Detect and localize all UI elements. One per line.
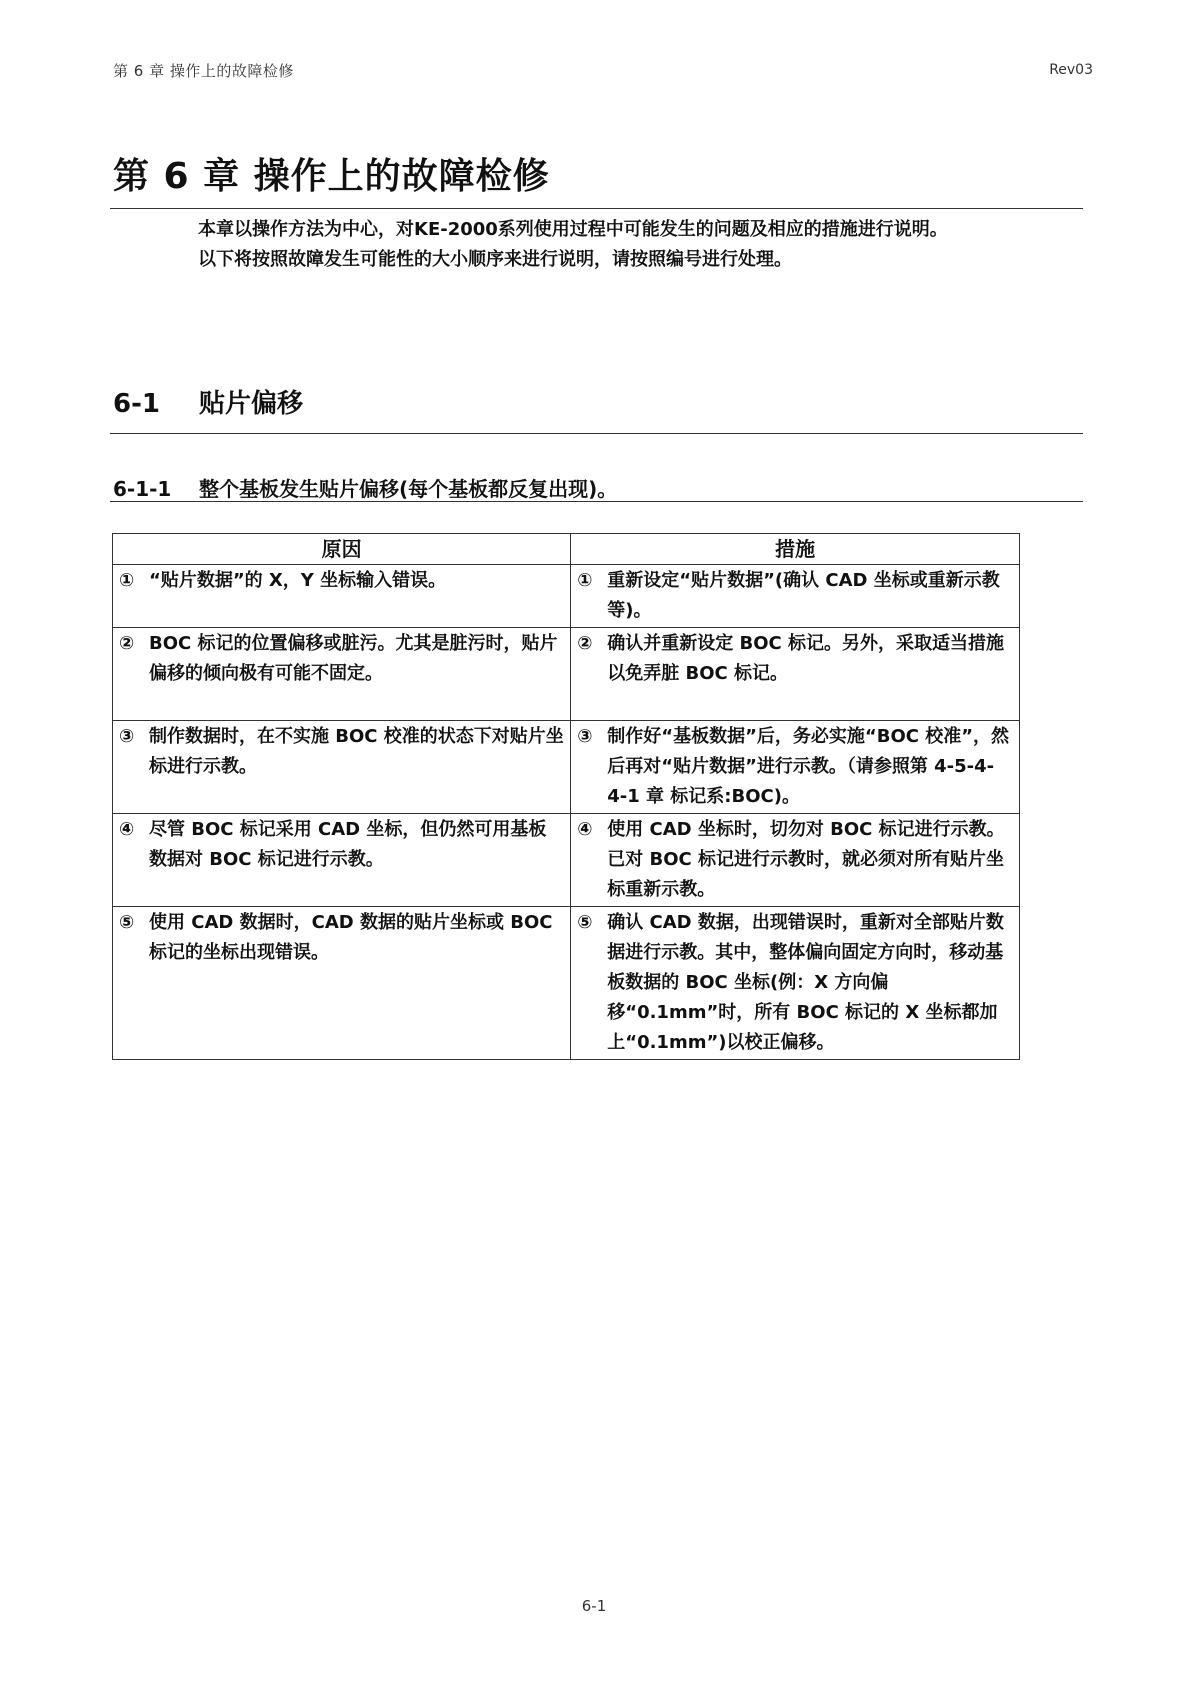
subsection-heading: 6-1-1整个基板发生贴片偏移(每个基板都反复出现)。 xyxy=(113,473,617,502)
subsection-number: 6-1-1 xyxy=(113,477,199,501)
chapter-divider xyxy=(110,208,1083,209)
header-cause: 原因 xyxy=(113,534,571,565)
action-cell: ②确认并重新设定 BOC 标记。另外，采取适当措施以免弄脏 BOC 标记。 xyxy=(571,628,1020,721)
action-cell: ⑤确认 CAD 数据，出现错误时，重新对全部贴片数据进行示教。其中，整体偏向固定… xyxy=(571,907,1020,1060)
chapter-title: 第 6 章 操作上的故障检修 xyxy=(113,148,550,199)
table-row: ②BOC 标记的位置偏移或脏污。尤其是脏污时，贴片偏移的倾向极有可能不固定。 ②… xyxy=(113,628,1020,721)
item-number: ③ xyxy=(119,722,149,782)
table-row: ③制作数据时，在不实施 BOC 校准的状态下对贴片坐标进行示教。 ③制作好“基板… xyxy=(113,721,1020,814)
header-action: 措施 xyxy=(571,534,1020,565)
cause-text: “贴片数据”的 X，Y 坐标输入错误。 xyxy=(149,566,564,596)
table-row: ①“贴片数据”的 X，Y 坐标输入错误。 ①重新设定“贴片数据”(确认 CAD … xyxy=(113,565,1020,628)
table-header-row: 原因 措施 xyxy=(113,534,1020,565)
cause-cell: ④尽管 BOC 标记采用 CAD 坐标，但仍然可用基板数据对 BOC 标记进行示… xyxy=(113,814,571,907)
subsection-divider xyxy=(110,501,1083,502)
section-divider xyxy=(110,433,1083,434)
action-cell: ④使用 CAD 坐标时，切勿对 BOC 标记进行示教。已对 BOC 标记进行示教… xyxy=(571,814,1020,907)
item-number: ④ xyxy=(119,815,149,875)
table-row: ⑤使用 CAD 数据时，CAD 数据的贴片坐标或 BOC 标记的坐标出现错误。 … xyxy=(113,907,1020,1060)
item-number: ③ xyxy=(577,722,607,812)
action-text: 确认并重新设定 BOC 标记。另外，采取适当措施以免弄脏 BOC 标记。 xyxy=(607,629,1013,689)
item-number: ① xyxy=(577,566,607,626)
action-text: 确认 CAD 数据，出现错误时，重新对全部贴片数据进行示教。其中，整体偏向固定方… xyxy=(607,908,1013,1058)
section-number: 6-1 xyxy=(113,389,199,419)
cause-text: BOC 标记的位置偏移或脏污。尤其是脏污时，贴片偏移的倾向极有可能不固定。 xyxy=(149,629,564,689)
cause-text: 使用 CAD 数据时，CAD 数据的贴片坐标或 BOC 标记的坐标出现错误。 xyxy=(149,908,564,968)
cause-action-table: 原因 措施 ①“贴片数据”的 X，Y 坐标输入错误。 ①重新设定“贴片数据”(确… xyxy=(112,533,1020,1060)
item-number: ② xyxy=(577,629,607,689)
table-row: ④尽管 BOC 标记采用 CAD 坐标，但仍然可用基板数据对 BOC 标记进行示… xyxy=(113,814,1020,907)
action-text: 重新设定“贴片数据”(确认 CAD 坐标或重新示教等)。 xyxy=(607,566,1013,626)
item-number: ② xyxy=(119,629,149,689)
item-number: ⑤ xyxy=(119,908,149,968)
action-text: 使用 CAD 坐标时，切勿对 BOC 标记进行示教。已对 BOC 标记进行示教时… xyxy=(607,815,1013,905)
intro-line: 本章以操作方法为中心，对KE-2000系列使用过程中可能发生的问题及相应的措施进… xyxy=(198,215,948,245)
chapter-intro: 本章以操作方法为中心，对KE-2000系列使用过程中可能发生的问题及相应的措施进… xyxy=(198,215,948,275)
cause-text: 制作数据时，在不实施 BOC 校准的状态下对贴片坐标进行示教。 xyxy=(149,722,564,782)
running-header-chapter: 第 6 章 操作上的故障检修 xyxy=(113,60,294,81)
action-text: 制作好“基板数据”后，务必实施“BOC 校准”，然后再对“贴片数据”进行示教。（… xyxy=(607,722,1013,812)
cause-cell: ⑤使用 CAD 数据时，CAD 数据的贴片坐标或 BOC 标记的坐标出现错误。 xyxy=(113,907,571,1060)
intro-line: 以下将按照故障发生可能性的大小顺序来进行说明，请按照编号进行处理。 xyxy=(198,245,948,275)
running-header-revision: Rev03 xyxy=(1049,62,1093,78)
action-cell: ①重新设定“贴片数据”(确认 CAD 坐标或重新示教等)。 xyxy=(571,565,1020,628)
section-heading: 6-1贴片偏移 xyxy=(113,383,303,420)
item-number: ④ xyxy=(577,815,607,905)
item-number: ① xyxy=(119,566,149,596)
subsection-title: 整个基板发生贴片偏移(每个基板都反复出现)。 xyxy=(199,477,617,501)
item-number: ⑤ xyxy=(577,908,607,1058)
cause-cell: ③制作数据时，在不实施 BOC 校准的状态下对贴片坐标进行示教。 xyxy=(113,721,571,814)
section-title: 贴片偏移 xyxy=(199,389,303,419)
page-number: 6-1 xyxy=(0,1597,1188,1615)
cause-cell: ①“贴片数据”的 X，Y 坐标输入错误。 xyxy=(113,565,571,628)
action-cell: ③制作好“基板数据”后，务必实施“BOC 校准”，然后再对“贴片数据”进行示教。… xyxy=(571,721,1020,814)
cause-text: 尽管 BOC 标记采用 CAD 坐标，但仍然可用基板数据对 BOC 标记进行示教… xyxy=(149,815,564,875)
cause-cell: ②BOC 标记的位置偏移或脏污。尤其是脏污时，贴片偏移的倾向极有可能不固定。 xyxy=(113,628,571,721)
